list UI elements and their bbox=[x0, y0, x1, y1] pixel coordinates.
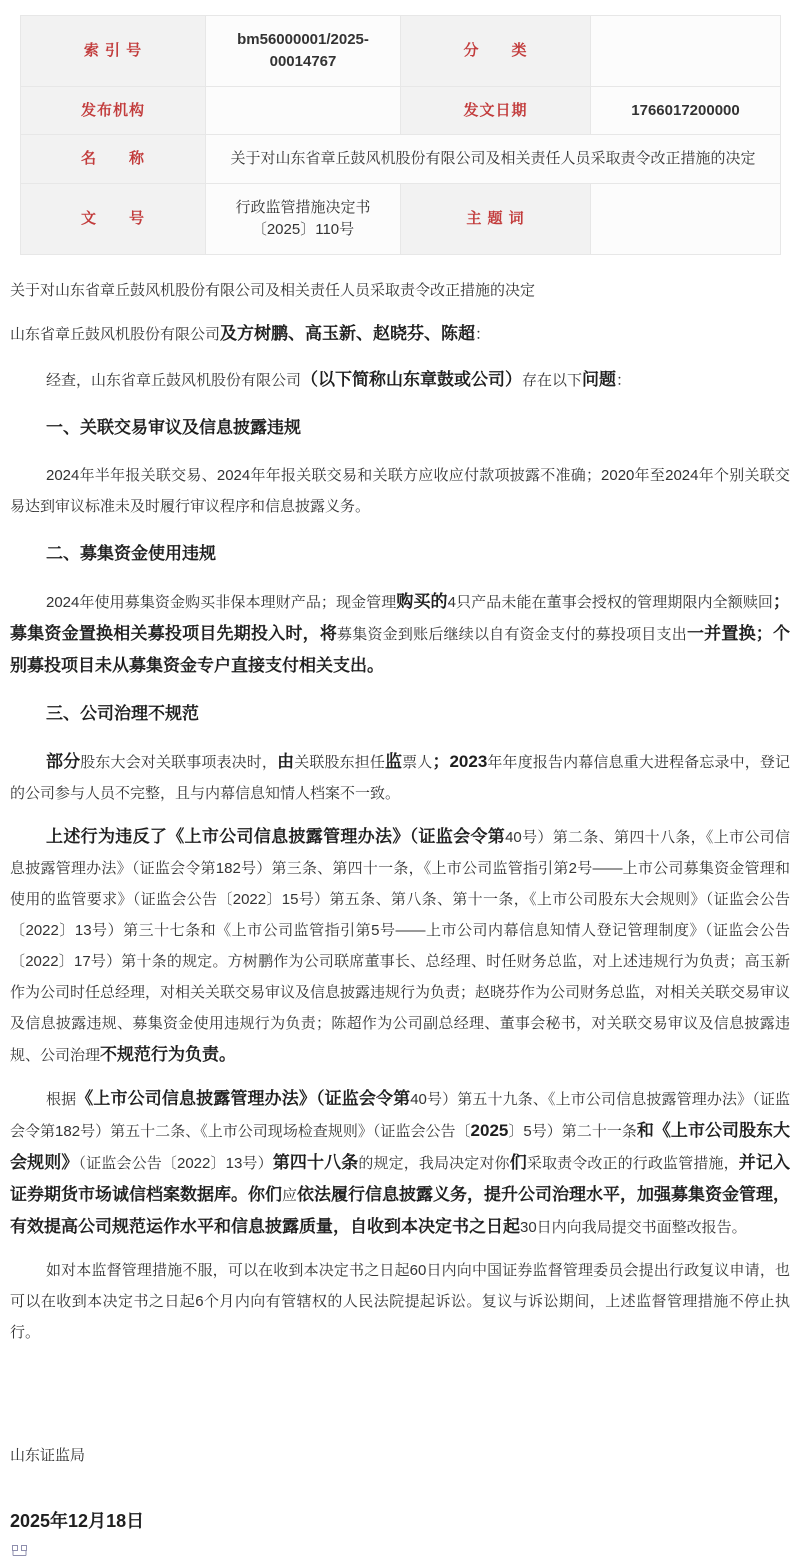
table-row: 索 引 号 bm56000001/2025-00014767 分 类 bbox=[21, 16, 781, 87]
bold-text-run: 一、关联交易审议及信息披露违规 bbox=[46, 418, 301, 437]
issue-date-value: 1766017200000 bbox=[591, 86, 781, 135]
text-run: 如对本监督管理措施不服，可以在收到本决定书之日起60日内向中国证券监督管理委员会… bbox=[10, 1262, 790, 1341]
document-number-label: 文 号 bbox=[21, 184, 206, 255]
bold-text-run: 二、募集资金使用违规 bbox=[46, 544, 216, 563]
text-run: 〕5号）第二十一条 bbox=[508, 1123, 637, 1140]
text-run: （证监会公告〔2022〕13号） bbox=[79, 1155, 273, 1172]
section-heading: 一、关联交易审议及信息披露违规 bbox=[10, 412, 790, 444]
text-run: 关于对山东省章丘鼓风机股份有限公司及相关责任人员采取责令改正措施的决定 bbox=[10, 282, 535, 299]
text-run: 2024年使用募集资金购买非保本理财产品；现金管理 bbox=[46, 594, 396, 611]
paragraph: 经查，山东省章丘鼓风机股份有限公司（以下简称山东章鼓或公司）存在以下问题： bbox=[10, 364, 790, 396]
text-run: ： bbox=[475, 326, 490, 343]
article-body: 关于对山东省章丘鼓风机股份有限公司及相关责任人员采取责令改正措施的决定山东省章丘… bbox=[0, 255, 800, 1348]
text-run: 的规定，我局决定对你 bbox=[358, 1155, 509, 1172]
category-value bbox=[591, 16, 781, 87]
bold-text-run: 不规范行为负责。 bbox=[100, 1045, 236, 1064]
table-row: 发布机构 发文日期 1766017200000 bbox=[21, 86, 781, 135]
paragraph: 山东省章丘鼓风机股份有限公司及方树鹏、高玉新、赵晓芬、陈超： bbox=[10, 318, 790, 350]
paragraph: 如对本监督管理措施不服，可以在收到本决定书之日起60日内向中国证券监督管理委员会… bbox=[10, 1255, 790, 1348]
text-run: 票人 bbox=[402, 754, 432, 771]
meta-table: 索 引 号 bm56000001/2025-00014767 分 类 发布机构 … bbox=[20, 15, 781, 255]
paragraph: 部分股东大会对关联事项表决时，由关联股东担任监票人；2023年年度报告内幕信息重… bbox=[10, 746, 790, 809]
bold-text-run: 三、公司治理不规范 bbox=[46, 704, 199, 723]
document-name-value: 关于对山东省章丘鼓风机股份有限公司及相关责任人员采取责令改正措施的决定 bbox=[206, 135, 781, 184]
document-name-label: 名 称 bbox=[21, 135, 206, 184]
text-run: 应 bbox=[282, 1187, 297, 1204]
table-row: 名 称 关于对山东省章丘鼓风机股份有限公司及相关责任人员采取责令改正措施的决定 bbox=[21, 135, 781, 184]
bold-text-run: 上述行为违反了《上市公司信息披露管理办法》（证监会令第 bbox=[46, 827, 505, 846]
document-number-value: 行政监管措施决定书〔2025〕110号 bbox=[206, 184, 401, 255]
document-date: 2025年12月18日 bbox=[10, 1507, 790, 1533]
bold-text-run: 《上市公司信息披露管理办法》（证监会令第 bbox=[76, 1089, 410, 1108]
text-run: 股东大会对关联事项表决时， bbox=[80, 754, 277, 771]
bold-text-run: 及方树鹏、高玉新、赵晓芬、陈超 bbox=[220, 324, 475, 343]
category-label: 分 类 bbox=[401, 16, 591, 87]
paragraph: 上述行为违反了《上市公司信息披露管理办法》（证监会令第40号）第二条、第四十八条… bbox=[10, 821, 790, 1071]
text-run: 40号）第二条、第四十八条，《上市公司信息披露管理办法》（证监会令第182号）第… bbox=[10, 829, 790, 1064]
index-number-label: 索 引 号 bbox=[21, 16, 206, 87]
bold-text-run: ；2023 bbox=[432, 752, 487, 771]
text-run: 2024年半年报关联交易、2024年年报关联交易和关联方应收应付款项披露不准确；… bbox=[10, 467, 790, 515]
bold-text-run: 由 bbox=[277, 752, 294, 771]
text-run: 经查，山东省章丘鼓风机股份有限公司 bbox=[46, 372, 301, 389]
signature: 山东证监局 bbox=[10, 1444, 790, 1465]
issuing-agency-label: 发布机构 bbox=[21, 86, 206, 135]
subject-words-value bbox=[591, 184, 781, 255]
issuing-agency-value bbox=[206, 86, 401, 135]
text-run: 根据 bbox=[46, 1091, 76, 1108]
bold-text-run: （以下简称山东章鼓或公司） bbox=[301, 370, 522, 389]
text-run: 山东省章丘鼓风机股份有限公司 bbox=[10, 326, 220, 343]
subject-words-label: 主 题 词 bbox=[401, 184, 591, 255]
bold-text-run: 第四十八条 bbox=[273, 1153, 359, 1172]
text-run: ： bbox=[616, 372, 631, 389]
bold-text-run: 们 bbox=[510, 1153, 527, 1172]
bold-text-run: 部分 bbox=[46, 752, 80, 771]
paragraph: 2024年使用募集资金购买非保本理财产品；现金管理购买的4只产品未能在董事会授权… bbox=[10, 586, 790, 682]
text-run: 关联股东担任 bbox=[294, 754, 385, 771]
bold-text-run: 购买的 bbox=[396, 592, 447, 611]
table-row: 文 号 行政监管措施决定书〔2025〕110号 主 题 词 bbox=[21, 184, 781, 255]
paragraph: 关于对山东省章丘鼓风机股份有限公司及相关责任人员采取责令改正措施的决定 bbox=[10, 275, 790, 306]
paragraph: 根据《上市公司信息披露管理办法》（证监会令第40号）第五十九条、《上市公司信息披… bbox=[10, 1083, 790, 1243]
issue-date-label: 发文日期 bbox=[401, 86, 591, 135]
bold-text-run: 问题 bbox=[582, 370, 616, 389]
section-heading: 三、公司治理不规范 bbox=[10, 698, 790, 730]
paragraph: 2024年半年报关联交易、2024年年报关联交易和关联方应收应付款项披露不准确；… bbox=[10, 460, 790, 522]
document-footer: 山东证监局 2025年12月18日 bbox=[0, 1444, 800, 1562]
text-run: 4只产品未能在董事会授权的管理期限内全额赎回 bbox=[448, 594, 773, 611]
index-number-value: bm56000001/2025-00014767 bbox=[206, 16, 401, 87]
text-run: 采取责令改正的行政监管措施， bbox=[527, 1155, 739, 1172]
bold-text-run: 2025 bbox=[471, 1121, 509, 1140]
bold-text-run: 监 bbox=[385, 752, 402, 771]
text-run: 30日内向我局提交书面整改报告。 bbox=[520, 1219, 747, 1236]
text-run: 存在以下 bbox=[522, 372, 582, 389]
broken-image-icon bbox=[12, 1545, 27, 1557]
section-heading: 二、募集资金使用违规 bbox=[10, 538, 790, 570]
text-run: 募集资金到账后继续以自有资金支付的募投项目支出 bbox=[337, 626, 687, 643]
